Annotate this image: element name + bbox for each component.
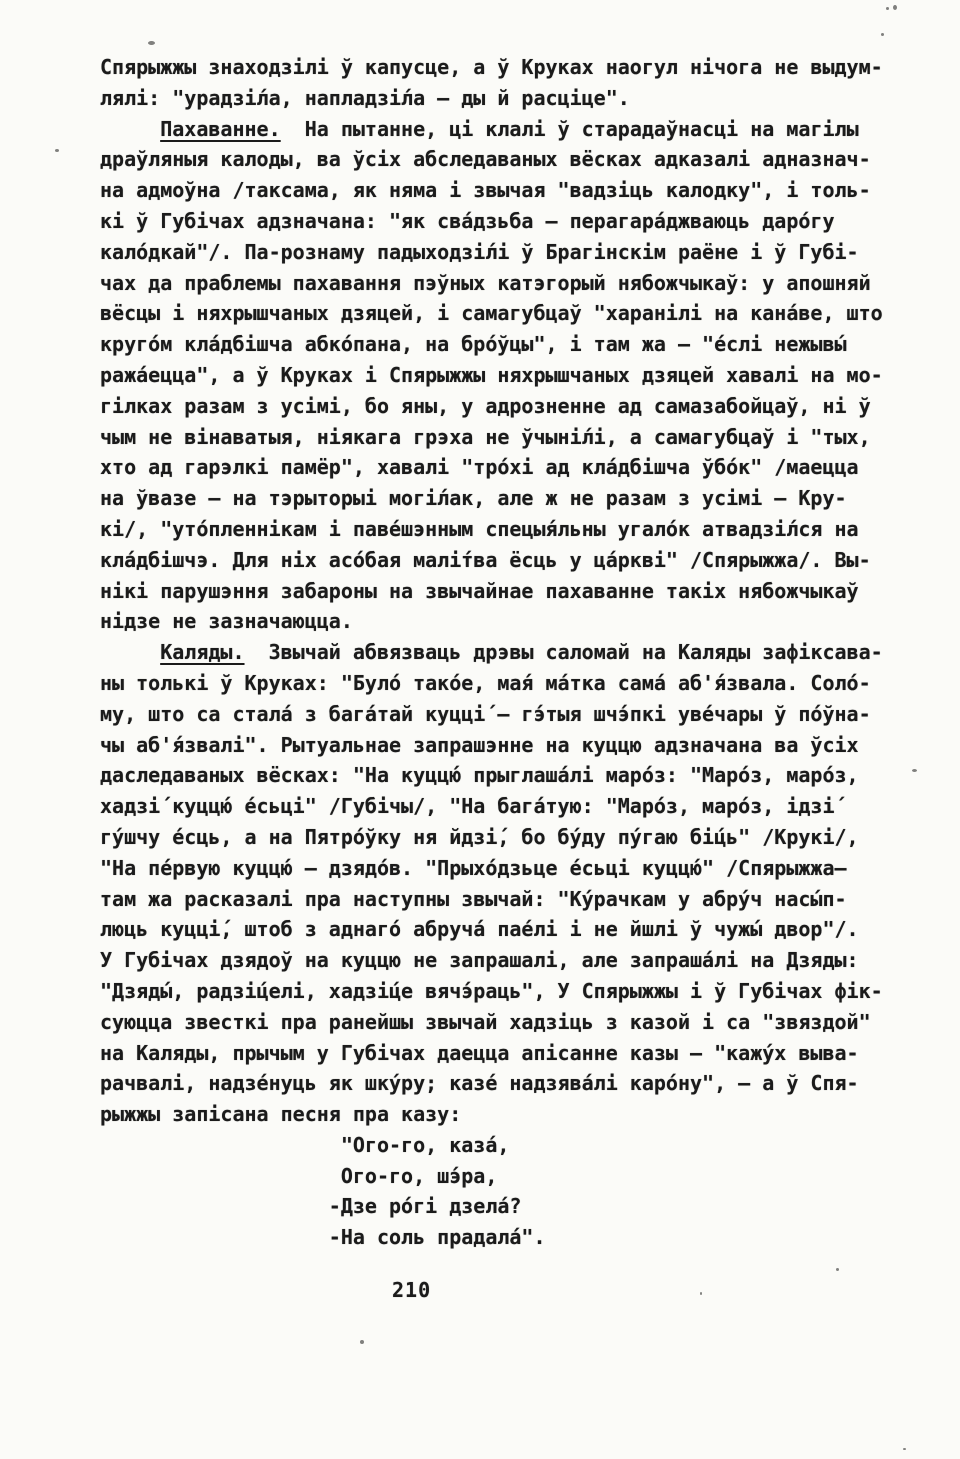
page-number: 210	[100, 1275, 960, 1306]
text-line: на ўвазе — на тэрыторыі могі́лак, але ж …	[100, 483, 960, 514]
section-heading: Пахаванне.	[160, 117, 280, 141]
text-line: круго́м кла́дбішча абко́пана, на бро́ўцы…	[100, 329, 960, 360]
scanned-document-page: Спярыжжы знаходзілі ў капусце, а ў Крука…	[0, 0, 960, 1459]
scan-speck	[912, 769, 917, 772]
text-line: нідзе не зазначаюцца.	[100, 606, 960, 637]
text-line: вёсцы і няхрышчаных дзяцей, і самагубцаў…	[100, 298, 960, 329]
text-line: "Ого-го, каза́,	[100, 1130, 960, 1161]
scan-speck	[55, 149, 59, 152]
text-line: "На пе́рвую куццю́ — дзядо́в. "Прыхо́дзь…	[100, 853, 960, 884]
text-line: люць куцці́, штоб з аднаго́ абруча́ пае́…	[100, 914, 960, 945]
text-line: лялі: "урадзі́ла, напладзі́ла — ды й рас…	[100, 83, 960, 114]
text-line: рыжжы запісана песня пра казу:	[100, 1099, 960, 1130]
text-line: чы аб'я́звалі". Рытуальнае запрашэнне на…	[100, 730, 960, 761]
scan-speck	[903, 1448, 906, 1450]
text-line: Спярыжжы знаходзілі ў капусце, а ў Крука…	[100, 52, 960, 83]
scan-speck	[886, 7, 889, 10]
text-line: У Губічах дзядоў на куццю не запрашалі, …	[100, 945, 960, 976]
text-line: кі ў Губічах адзначана: "як сва́дзьба — …	[100, 206, 960, 237]
text-line: -На соль прадала́".	[100, 1222, 960, 1253]
typewritten-text-block: Спярыжжы знаходзілі ў капусце, а ў Крука…	[100, 52, 960, 1253]
text-line: кі/, "уто́пленнікам і паве́шэнным спецыя…	[100, 514, 960, 545]
text-line: Ого-го, шэ́ра,	[100, 1161, 960, 1192]
text-line: Каляды. Звычай абвязваць дрэвы саломай н…	[100, 637, 960, 668]
text-line: му, што са стала́ з бага́тай куцці́ — гэ…	[100, 699, 960, 730]
text-line: гу́шчу е́сць, а на Пятро́ўку ня йдзі́, б…	[100, 822, 960, 853]
scan-speck	[881, 33, 884, 36]
text-line: там жа расказалі пра наступны звычай: "К…	[100, 884, 960, 915]
text-line: хадзі́ куццю́ е́сьці" /Губічы/, "На бага…	[100, 791, 960, 822]
text-line: ража́ецца", а ў Круках і Спярыжжы няхрыш…	[100, 360, 960, 391]
text-line: драўляныя калоды, ва ўсіх абследаваных в…	[100, 144, 960, 175]
scan-speck	[148, 41, 155, 45]
text-line: на Каляды, прычым у Губічах даецца апіса…	[100, 1038, 960, 1069]
text-line: ны толькі ў Круках: "Було́ тако́е, мая́ …	[100, 668, 960, 699]
text-line: чах да праблемы пахавання пэўных катэгор…	[100, 268, 960, 299]
scan-speck	[893, 5, 897, 10]
text-line: гілках разам з усімі, бо яны, у адрознен…	[100, 391, 960, 422]
text-line: кла́дбішчэ. Для ніх асо́бая малі́тва ёсц…	[100, 545, 960, 576]
text-line: -Дзе ро́гі дзела́?	[100, 1191, 960, 1222]
text-line: Пахаванне. На пытанне, ці клалі ў старад…	[100, 114, 960, 145]
text-line: кало́дкай"/. Па-рознаму падыходзі́лі ў Б…	[100, 237, 960, 268]
scan-speck	[700, 1292, 702, 1295]
text-line: "Дзяды́, радзі́целі, хадзі́це вячэ́раць"…	[100, 976, 960, 1007]
text-line: рачвалі, надзе́нуць як шку́ру; казе́ над…	[100, 1068, 960, 1099]
text-line: суюцца звесткі пра ранейшы звычай хадзіц…	[100, 1007, 960, 1038]
text-line: хто ад гарэлкі памёр", хавалі "тро́хі ад…	[100, 452, 960, 483]
text-line: на адмоўна /таксама, як няма і звычая "в…	[100, 175, 960, 206]
scan-speck	[836, 1268, 839, 1271]
text-line: даследаваных вёсках: "На куццю́ прыглаша…	[100, 760, 960, 791]
text-line: чым не вінаватыя, ніякага грэха не ўчыні…	[100, 422, 960, 453]
section-heading: Каляды.	[160, 640, 244, 664]
text-line: нікі парушэння забароны на звычайнае пах…	[100, 576, 960, 607]
scan-speck	[360, 1340, 364, 1344]
